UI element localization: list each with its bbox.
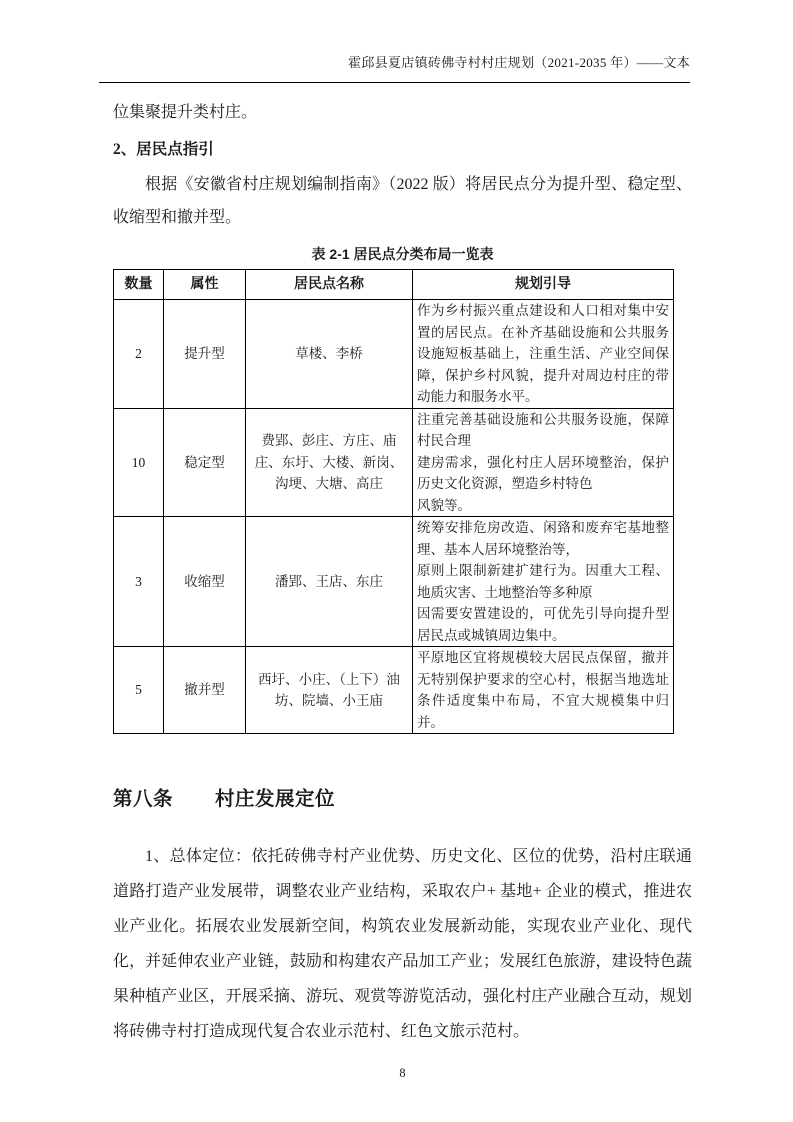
running-header-title: 霍邱县夏店镇砖佛寺村村庄规划（2021-2035 年）——文本	[348, 55, 690, 70]
cell-guidance: 统筹安排危房改造、闲臵和废弃宅基地整理、基本人居环境整治等， 原则上限制新建扩建…	[413, 517, 674, 647]
cell-count: 10	[114, 408, 164, 517]
cell-names: 费郢、彭庄、方庄、庙庄、东圩、大楼、新岗、沟埂、大塘、高庄	[246, 408, 413, 517]
cell-type: 收缩型	[164, 517, 246, 647]
col-header-count: 数量	[114, 270, 164, 300]
table-row: 10 稳定型 费郢、彭庄、方庄、庙庄、东圩、大楼、新岗、沟埂、大塘、高庄 注重完…	[114, 408, 674, 517]
cell-count: 5	[114, 647, 164, 734]
paragraph-tail: 位集聚提升类村庄。	[113, 96, 692, 129]
cell-type: 稳定型	[164, 408, 246, 517]
cell-guidance: 作为乡村振兴重点建设和人口相对集中安置的居民点。在补齐基础设施和公共服务设施短板…	[413, 300, 674, 409]
section8-heading-number: 第八条	[113, 788, 173, 810]
document-page: 霍邱县夏店镇砖佛寺村村庄规划（2021-2035 年）——文本 位集聚提升类村庄…	[0, 0, 793, 1122]
running-header: 霍邱县夏店镇砖佛寺村村庄规划（2021-2035 年）——文本	[99, 0, 690, 83]
table-row: 5 撤并型 西圩、小庄、（上下）油坊、院墙、小王庙 平原地区宜将规模较大居民点保…	[114, 647, 674, 734]
table-row: 3 收缩型 潘郢、王店、东庄 统筹安排危房改造、闲臵和废弃宅基地整理、基本人居环…	[114, 517, 674, 647]
cell-names: 西圩、小庄、（上下）油坊、院墙、小王庙	[246, 647, 413, 734]
page-number: 8	[113, 1065, 692, 1081]
col-header-names: 居民点名称	[246, 270, 413, 300]
section8-paragraph: 1、总体定位：依托砖佛寺村产业优势、历史文化、区位的优势，沿村庄联通道路打造产业…	[113, 839, 692, 1049]
cell-guidance: 注重完善基础设施和公共服务设施，保障村民合理 建房需求，强化村庄人居环境整治，保…	[413, 408, 674, 517]
section8-heading-title: 村庄发展定位	[215, 788, 335, 810]
section2-paragraph: 根据《安徽省村庄规划编制指南》（2022 版）将居民点分为提升型、稳定型、收缩型…	[113, 168, 692, 234]
col-header-guidance: 规划引导	[413, 270, 674, 300]
cell-type: 撤并型	[164, 647, 246, 734]
cell-count: 3	[114, 517, 164, 647]
table-header-row: 数量 属性 居民点名称 规划引导	[114, 270, 674, 300]
cell-type: 提升型	[164, 300, 246, 409]
cell-guidance: 平原地区宜将规模较大居民点保留，撤并无特别保护要求的空心村，根据当地选址条件适度…	[413, 647, 674, 734]
cell-names: 草楼、李桥	[246, 300, 413, 409]
table-row: 2 提升型 草楼、李桥 作为乡村振兴重点建设和人口相对集中安置的居民点。在补齐基…	[114, 300, 674, 409]
section8-heading: 第八条村庄发展定位	[113, 786, 692, 812]
residents-classification-table: 数量 属性 居民点名称 规划引导 2 提升型 草楼、李桥 作为乡村振兴重点建设和…	[113, 269, 674, 734]
table-caption: 表 2-1 居民点分类布局一览表	[113, 245, 692, 263]
cell-names: 潘郢、王店、东庄	[246, 517, 413, 647]
cell-count: 2	[114, 300, 164, 409]
col-header-type: 属性	[164, 270, 246, 300]
section2-heading: 2、居民点指引	[113, 139, 692, 161]
